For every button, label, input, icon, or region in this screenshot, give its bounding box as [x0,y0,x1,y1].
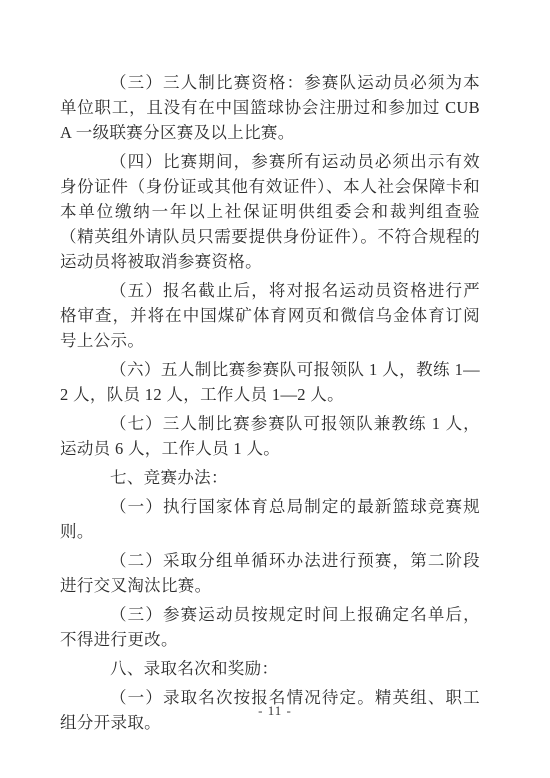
paragraph: （二）采取分组单循环办法进行预赛，第二阶段进行交叉淘汰比赛。 [60,548,480,598]
paragraph: （一）执行国家体育总局制定的最新篮球竞赛规则。 [60,494,480,544]
page-number: - 11 - [0,703,550,719]
document-page: （三）三人制比赛资格：参赛队运动员必须为本单位职工，且没有在中国篮球协会注册过和… [0,0,550,778]
paragraph: （三）三人制比赛资格：参赛队运动员必须为本单位职工，且没有在中国篮球协会注册过和… [60,70,480,145]
paragraph: 七、竞赛办法： [60,465,480,490]
document-body: （三）三人制比赛资格：参赛队运动员必须为本单位职工，且没有在中国篮球协会注册过和… [60,70,480,739]
paragraph: （七）三人制比赛参赛队可报领队兼教练 1 人，运动员 6 人，工作人员 1 人。 [60,411,480,461]
paragraph: （四）比赛期间，参赛所有运动员必须出示有效身份证件（身份证或其他有效证件）、本人… [60,149,480,274]
paragraph: （三）参赛运动员按规定时间上报确定名单后，不得进行更改。 [60,602,480,652]
paragraph: （六）五人制比赛参赛队可报领队 1 人，教练 1—2 人，队员 12 人，工作人… [60,357,480,407]
paragraph: 八、录取名次和奖励： [60,656,480,681]
paragraph: （五）报名截止后，将对报名运动员资格进行严格审查，并将在中国煤矿体育网页和微信乌… [60,278,480,353]
